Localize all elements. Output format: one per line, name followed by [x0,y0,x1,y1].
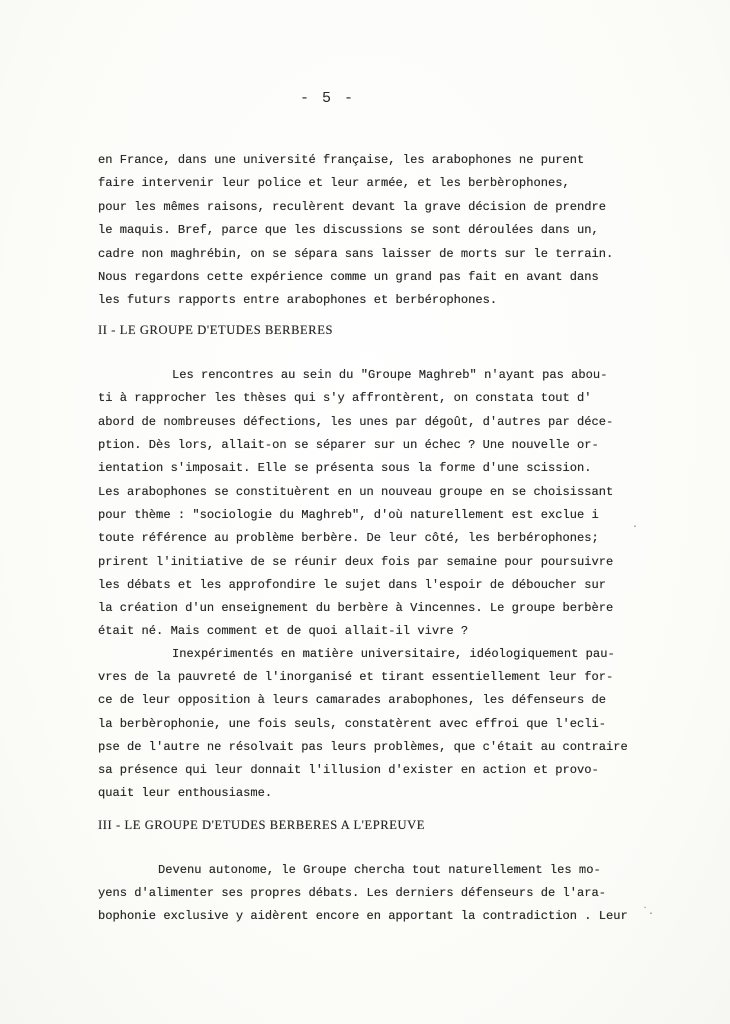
stray-typewriter-mark: · [632,522,638,533]
stray-typewriter-mark: `. [642,907,654,918]
text-line: ption. Dès lors, allait-on se séparer su… [98,437,599,453]
text-line: pse de l'autre ne résolvait pas leurs pr… [98,739,628,755]
text-line: quait leur enthousiasme. [98,785,272,801]
text-line: en France, dans une université française… [98,152,584,168]
text-line: était né. Mais comment et de quoi allait… [98,623,468,639]
text-line: pour les mêmes raisons, reculèrent devan… [98,199,606,215]
text-line: pour thème : "sociologie du Maghreb", d'… [98,507,599,523]
section-heading-3: III - LE GROUPE D'ETUDES BERBERES A L'EP… [98,817,425,833]
page-number: - 5 - [300,90,355,107]
text-line: toute référence au problème berbère. De … [98,530,599,546]
text-line: les futurs rapports entre arabophones et… [98,292,497,308]
text-line: Devenu autonome, le Groupe chercha tout … [158,862,601,878]
text-line: ientation s'imposait. Elle se présenta s… [98,460,592,476]
text-line: Les arabophones se constituèrent en un n… [98,484,613,500]
text-line: les débats et les approfondire le sujet … [98,577,606,593]
text-line: prirent l'initiative de se réunir deux f… [98,554,613,570]
text-line: la berbèrophonie, une fois seuls, consta… [98,716,606,732]
text-line: ti à rapprocher les thèses qui s'y affro… [98,390,592,406]
text-line: Nous regardons cette expérience comme un… [98,269,599,285]
text-line: ce de leur opposition à leurs camarades … [98,692,606,708]
text-line: yens d'alimenter ses propres débats. Les… [98,885,606,901]
document-page: - 5 - en France, dans une université fra… [0,0,730,1024]
text-line: la création d'un enseignement du berbère… [98,600,613,616]
text-line: cadre non maghrébin, on se sépara sans l… [98,246,613,262]
text-line: faire intervenir leur police et leur arm… [98,175,570,191]
text-line: Les rencontres au sein du "Groupe Maghre… [172,367,607,383]
text-line: sa présence qui leur donnait l'illusion … [98,762,599,778]
text-line: le maquis. Bref, parce que les discussio… [98,222,599,238]
text-line: Inexpérimentés en matière universitaire,… [172,646,615,662]
text-line: vres de la pauvreté de l'inorganisé et t… [98,669,613,685]
section-heading-2: II - LE GROUPE D'ETUDES BERBERES [98,322,333,338]
text-line: bophonie exclusive y aidèrent encore en … [98,908,628,924]
text-line: abord de nombreuses défections, les unes… [98,414,613,430]
